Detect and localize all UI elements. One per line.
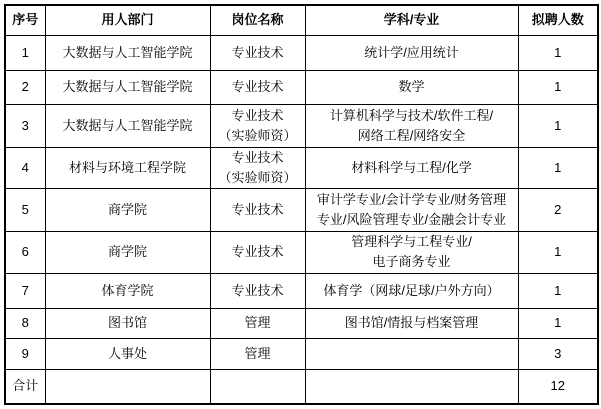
cell-count: 1 <box>518 35 598 70</box>
cell-major: 统计学/应用统计 <box>305 35 518 70</box>
table-row: 1 大数据与人工智能学院 专业技术 统计学/应用统计 1 <box>5 35 598 70</box>
cell-serial-number: 8 <box>5 308 45 338</box>
header-row: 序号 用人部门 岗位名称 学科/专业 拟聘人数 <box>5 5 598 35</box>
cell-serial-number: 7 <box>5 273 45 308</box>
cell-position: 管理 <box>210 308 305 338</box>
cell-position: 管理 <box>210 338 305 369</box>
cell-department: 图书馆 <box>45 308 210 338</box>
cell-major: 数学 <box>305 70 518 104</box>
table-row: 4 材料与环境工程学院 专业技术 （实验师资） 材料科学与工程/化学 1 <box>5 147 598 188</box>
header-department: 用人部门 <box>45 5 210 35</box>
cell-department: 商学院 <box>45 188 210 231</box>
cell-major <box>305 338 518 369</box>
cell-major: 材料科学与工程/化学 <box>305 147 518 188</box>
table-row: 5 商学院 专业技术 审计学专业/会计学专业/财务管理 专业/风险管理专业/金融… <box>5 188 598 231</box>
header-discipline-major: 学科/专业 <box>305 5 518 35</box>
cell-position <box>210 369 305 404</box>
table-row: 6 商学院 专业技术 管理科学与工程专业/ 电子商务专业 1 <box>5 231 598 273</box>
header-planned-hires: 拟聘人数 <box>518 5 598 35</box>
cell-major: 体育学（网球/足球/户外方向） <box>305 273 518 308</box>
cell-department: 材料与环境工程学院 <box>45 147 210 188</box>
cell-major: 审计学专业/会计学专业/财务管理 专业/风险管理专业/金融会计专业 <box>305 188 518 231</box>
table-row: 8 图书馆 管理 图书馆/情报与档案管理 1 <box>5 308 598 338</box>
cell-position: 专业技术 <box>210 188 305 231</box>
cell-count: 1 <box>518 231 598 273</box>
cell-serial-number: 6 <box>5 231 45 273</box>
cell-count: 1 <box>518 70 598 104</box>
cell-position: 专业技术 <box>210 273 305 308</box>
header-serial-number: 序号 <box>5 5 45 35</box>
cell-count: 1 <box>518 104 598 147</box>
total-row: 合计 12 <box>5 369 598 404</box>
cell-serial-number: 3 <box>5 104 45 147</box>
cell-major: 管理科学与工程专业/ 电子商务专业 <box>305 231 518 273</box>
cell-department <box>45 369 210 404</box>
table-row: 7 体育学院 专业技术 体育学（网球/足球/户外方向） 1 <box>5 273 598 308</box>
cell-major: 计算机科学与技术/软件工程/ 网络工程/网络安全 <box>305 104 518 147</box>
cell-major: 图书馆/情报与档案管理 <box>305 308 518 338</box>
cell-count: 1 <box>518 308 598 338</box>
cell-position: 专业技术 （实验师资） <box>210 147 305 188</box>
cell-count: 1 <box>518 147 598 188</box>
table-row: 3 大数据与人工智能学院 专业技术 （实验师资） 计算机科学与技术/软件工程/ … <box>5 104 598 147</box>
header-position-name: 岗位名称 <box>210 5 305 35</box>
cell-serial-number: 9 <box>5 338 45 369</box>
cell-position: 专业技术 （实验师资） <box>210 104 305 147</box>
cell-major <box>305 369 518 404</box>
cell-serial-number: 4 <box>5 147 45 188</box>
cell-department: 大数据与人工智能学院 <box>45 70 210 104</box>
cell-department: 大数据与人工智能学院 <box>45 35 210 70</box>
cell-serial-number: 5 <box>5 188 45 231</box>
table-row: 2 大数据与人工智能学院 专业技术 数学 1 <box>5 70 598 104</box>
table-row: 9 人事处 管理 3 <box>5 338 598 369</box>
cell-department: 商学院 <box>45 231 210 273</box>
cell-position: 专业技术 <box>210 35 305 70</box>
cell-count: 2 <box>518 188 598 231</box>
cell-department: 大数据与人工智能学院 <box>45 104 210 147</box>
cell-count: 3 <box>518 338 598 369</box>
cell-serial-number: 2 <box>5 70 45 104</box>
cell-serial-number: 1 <box>5 35 45 70</box>
cell-department: 人事处 <box>45 338 210 369</box>
recruitment-table: 序号 用人部门 岗位名称 学科/专业 拟聘人数 1 大数据与人工智能学院 专业技… <box>4 4 599 405</box>
cell-total-count: 12 <box>518 369 598 404</box>
cell-position: 专业技术 <box>210 231 305 273</box>
cell-total-label: 合计 <box>5 369 45 404</box>
cell-department: 体育学院 <box>45 273 210 308</box>
cell-position: 专业技术 <box>210 70 305 104</box>
page: 序号 用人部门 岗位名称 学科/专业 拟聘人数 1 大数据与人工智能学院 专业技… <box>0 0 601 409</box>
cell-count: 1 <box>518 273 598 308</box>
